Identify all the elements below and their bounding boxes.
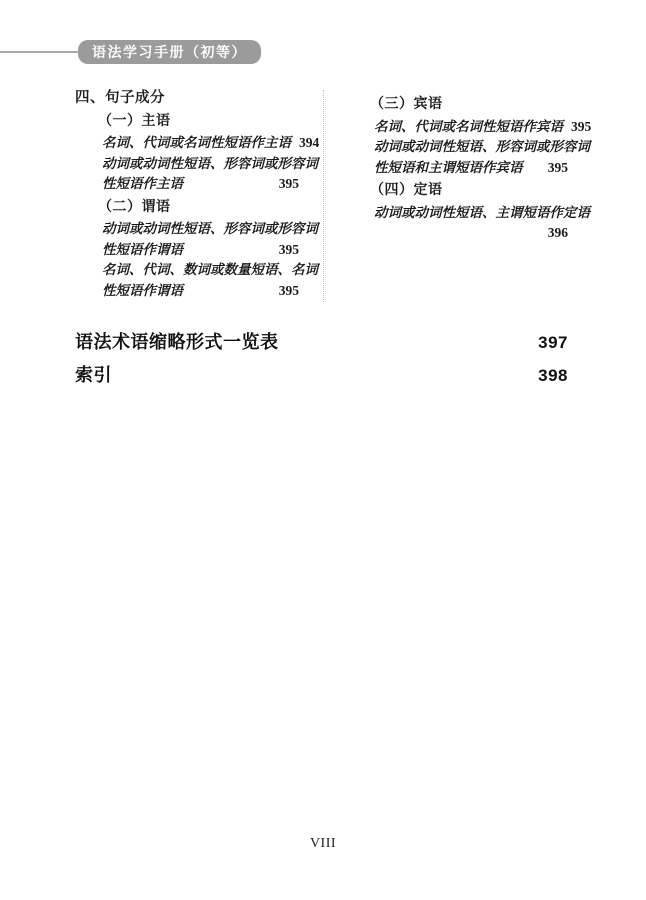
toc-line: 动词或动词性短语、主谓短语作定语 — [370, 203, 568, 224]
toc-text: 动词或动词性短语、形容词或形容词 — [374, 137, 590, 158]
bottom-section-row: 语法术语缩略形式一览表 397 — [75, 330, 568, 355]
page-number: 395 — [271, 281, 299, 302]
toc-column-left: 四、句子成分 （一）主语 名词、代词或名词性短语作主语 394 动词或动词性短语… — [75, 88, 299, 301]
toc-line: 动词或动词性短语、形容词或形容词 — [370, 137, 568, 158]
toc-text: 性短语作主语 — [102, 174, 183, 195]
bottom-section-row: 索引 398 — [75, 363, 568, 388]
page-number: 395 — [563, 117, 591, 138]
header-rule — [0, 51, 80, 53]
book-toc-page: { "header": { "badge_label": "语法学习手册（初等）… — [0, 0, 646, 900]
page-number: 398 — [530, 364, 568, 388]
toc-line: （三）宾语 — [370, 95, 568, 116]
bottom-section-list: 语法术语缩略形式一览表 397 索引 398 — [75, 330, 568, 388]
toc-text: 性短语和主谓短语作宾语 — [374, 158, 523, 179]
column-divider — [323, 90, 324, 302]
page-number: 395 — [271, 174, 299, 195]
toc-line: 四、句子成分 — [75, 88, 299, 109]
page-number: 395 — [540, 158, 568, 179]
page-number: 397 — [530, 331, 568, 355]
folio-page-number: VIII — [0, 836, 646, 852]
toc-text: 动词或动词性短语、形容词或形容词 — [102, 219, 318, 240]
toc-text: （一）主语 — [98, 112, 171, 133]
toc-line: （一）主语 — [75, 112, 299, 133]
toc-line: （二）谓语 — [75, 198, 299, 219]
toc-line: 名词、代词或名词性短语作主语 394 — [75, 133, 299, 154]
toc-text: 性短语作谓语 — [102, 281, 183, 302]
toc-text: 动词或动词性短语、形容词或形容词 — [102, 154, 318, 175]
toc-text: 四、句子成分 — [75, 88, 165, 109]
section-title: 索引 — [75, 363, 112, 387]
toc-line: 396 — [370, 223, 568, 244]
page-number: 394 — [291, 133, 319, 154]
toc-text: 名词、代词、数词或数量短语、名词 — [102, 260, 318, 281]
toc-line: 性短语作谓语 395 — [75, 281, 299, 302]
running-head-badge: 语法学习手册（初等） — [78, 40, 261, 64]
toc-line: 名词、代词或名词性短语作宾语 395 — [370, 117, 568, 138]
toc-text: （三）宾语 — [370, 95, 443, 116]
toc-column-right: （三）宾语 名词、代词或名词性短语作宾语 395 动词或动词性短语、形容词或形容… — [370, 92, 568, 244]
section-title: 语法术语缩略形式一览表 — [75, 330, 279, 354]
toc-text: （二）谓语 — [98, 198, 171, 219]
toc-text: 性短语作谓语 — [102, 240, 183, 261]
toc-line: 性短语作谓语 395 — [75, 240, 299, 261]
toc-line: 性短语作主语 395 — [75, 174, 299, 195]
toc-text: （四）定语 — [370, 181, 443, 202]
toc-line: （四）定语 — [370, 181, 568, 202]
toc-text: 名词、代词或名词性短语作宾语 — [374, 117, 563, 138]
page-number: 395 — [271, 240, 299, 261]
toc-text: 动词或动词性短语、主谓短语作定语 — [374, 203, 590, 224]
page-number: 396 — [540, 223, 568, 244]
toc-line: 性短语和主谓短语作宾语 395 — [370, 158, 568, 179]
toc-line: 动词或动词性短语、形容词或形容词 — [75, 154, 299, 175]
toc-line: 动词或动词性短语、形容词或形容词 — [75, 219, 299, 240]
toc-text: 名词、代词或名词性短语作主语 — [102, 133, 291, 154]
toc-line: 名词、代词、数词或数量短语、名词 — [75, 260, 299, 281]
